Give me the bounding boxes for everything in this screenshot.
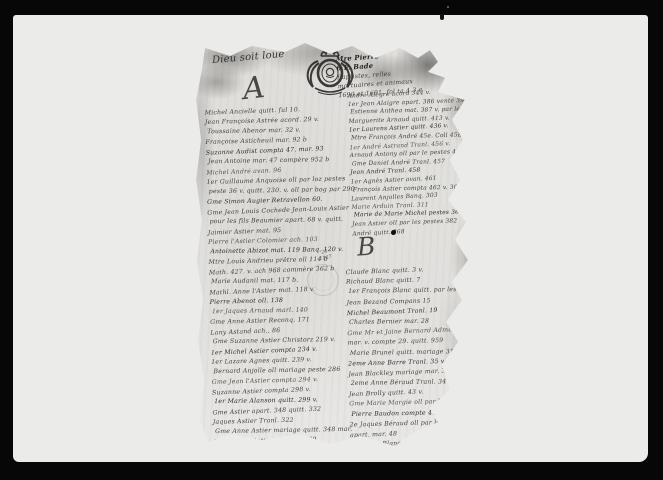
scanned-page: Dieu soit loué Mre Pierre6 P. BadeBaptis… [13, 15, 648, 462]
section-letter-b: B [356, 233, 376, 259]
manuscript-paper: Dieu soit loué Mre Pierre6 P. BadeBaptis… [195, 40, 473, 460]
round-stamp-icon [307, 264, 339, 296]
film-background: Dieu soit loué Mre Pierre6 P. BadeBaptis… [0, 0, 663, 480]
manuscript-line: Pierre Baudon compte 47 [351, 408, 469, 420]
manuscript-line: Marie Brunel quitt. mariage 31 [350, 346, 468, 358]
blessing-heading: Dieu soit loué [212, 49, 285, 66]
section-letter-a: A [241, 73, 266, 105]
marginal-folio-note: 25 1167 [318, 249, 332, 262]
manuscript-line: 1er Jean Blanc mar. 48 v. [352, 438, 470, 450]
index-right-column-top: André Alegre acord 344 v.1er Jean Alaigr… [347, 88, 470, 238]
dust-speck [447, 6, 449, 8]
manuscript-line: 2e Blanque Astienne quitt. 369 [213, 434, 358, 448]
film-edge-notch [440, 14, 444, 20]
index-right-column-bottom: Claude Blanc quitt. 3 v.Richaud Blanc qu… [346, 264, 471, 450]
